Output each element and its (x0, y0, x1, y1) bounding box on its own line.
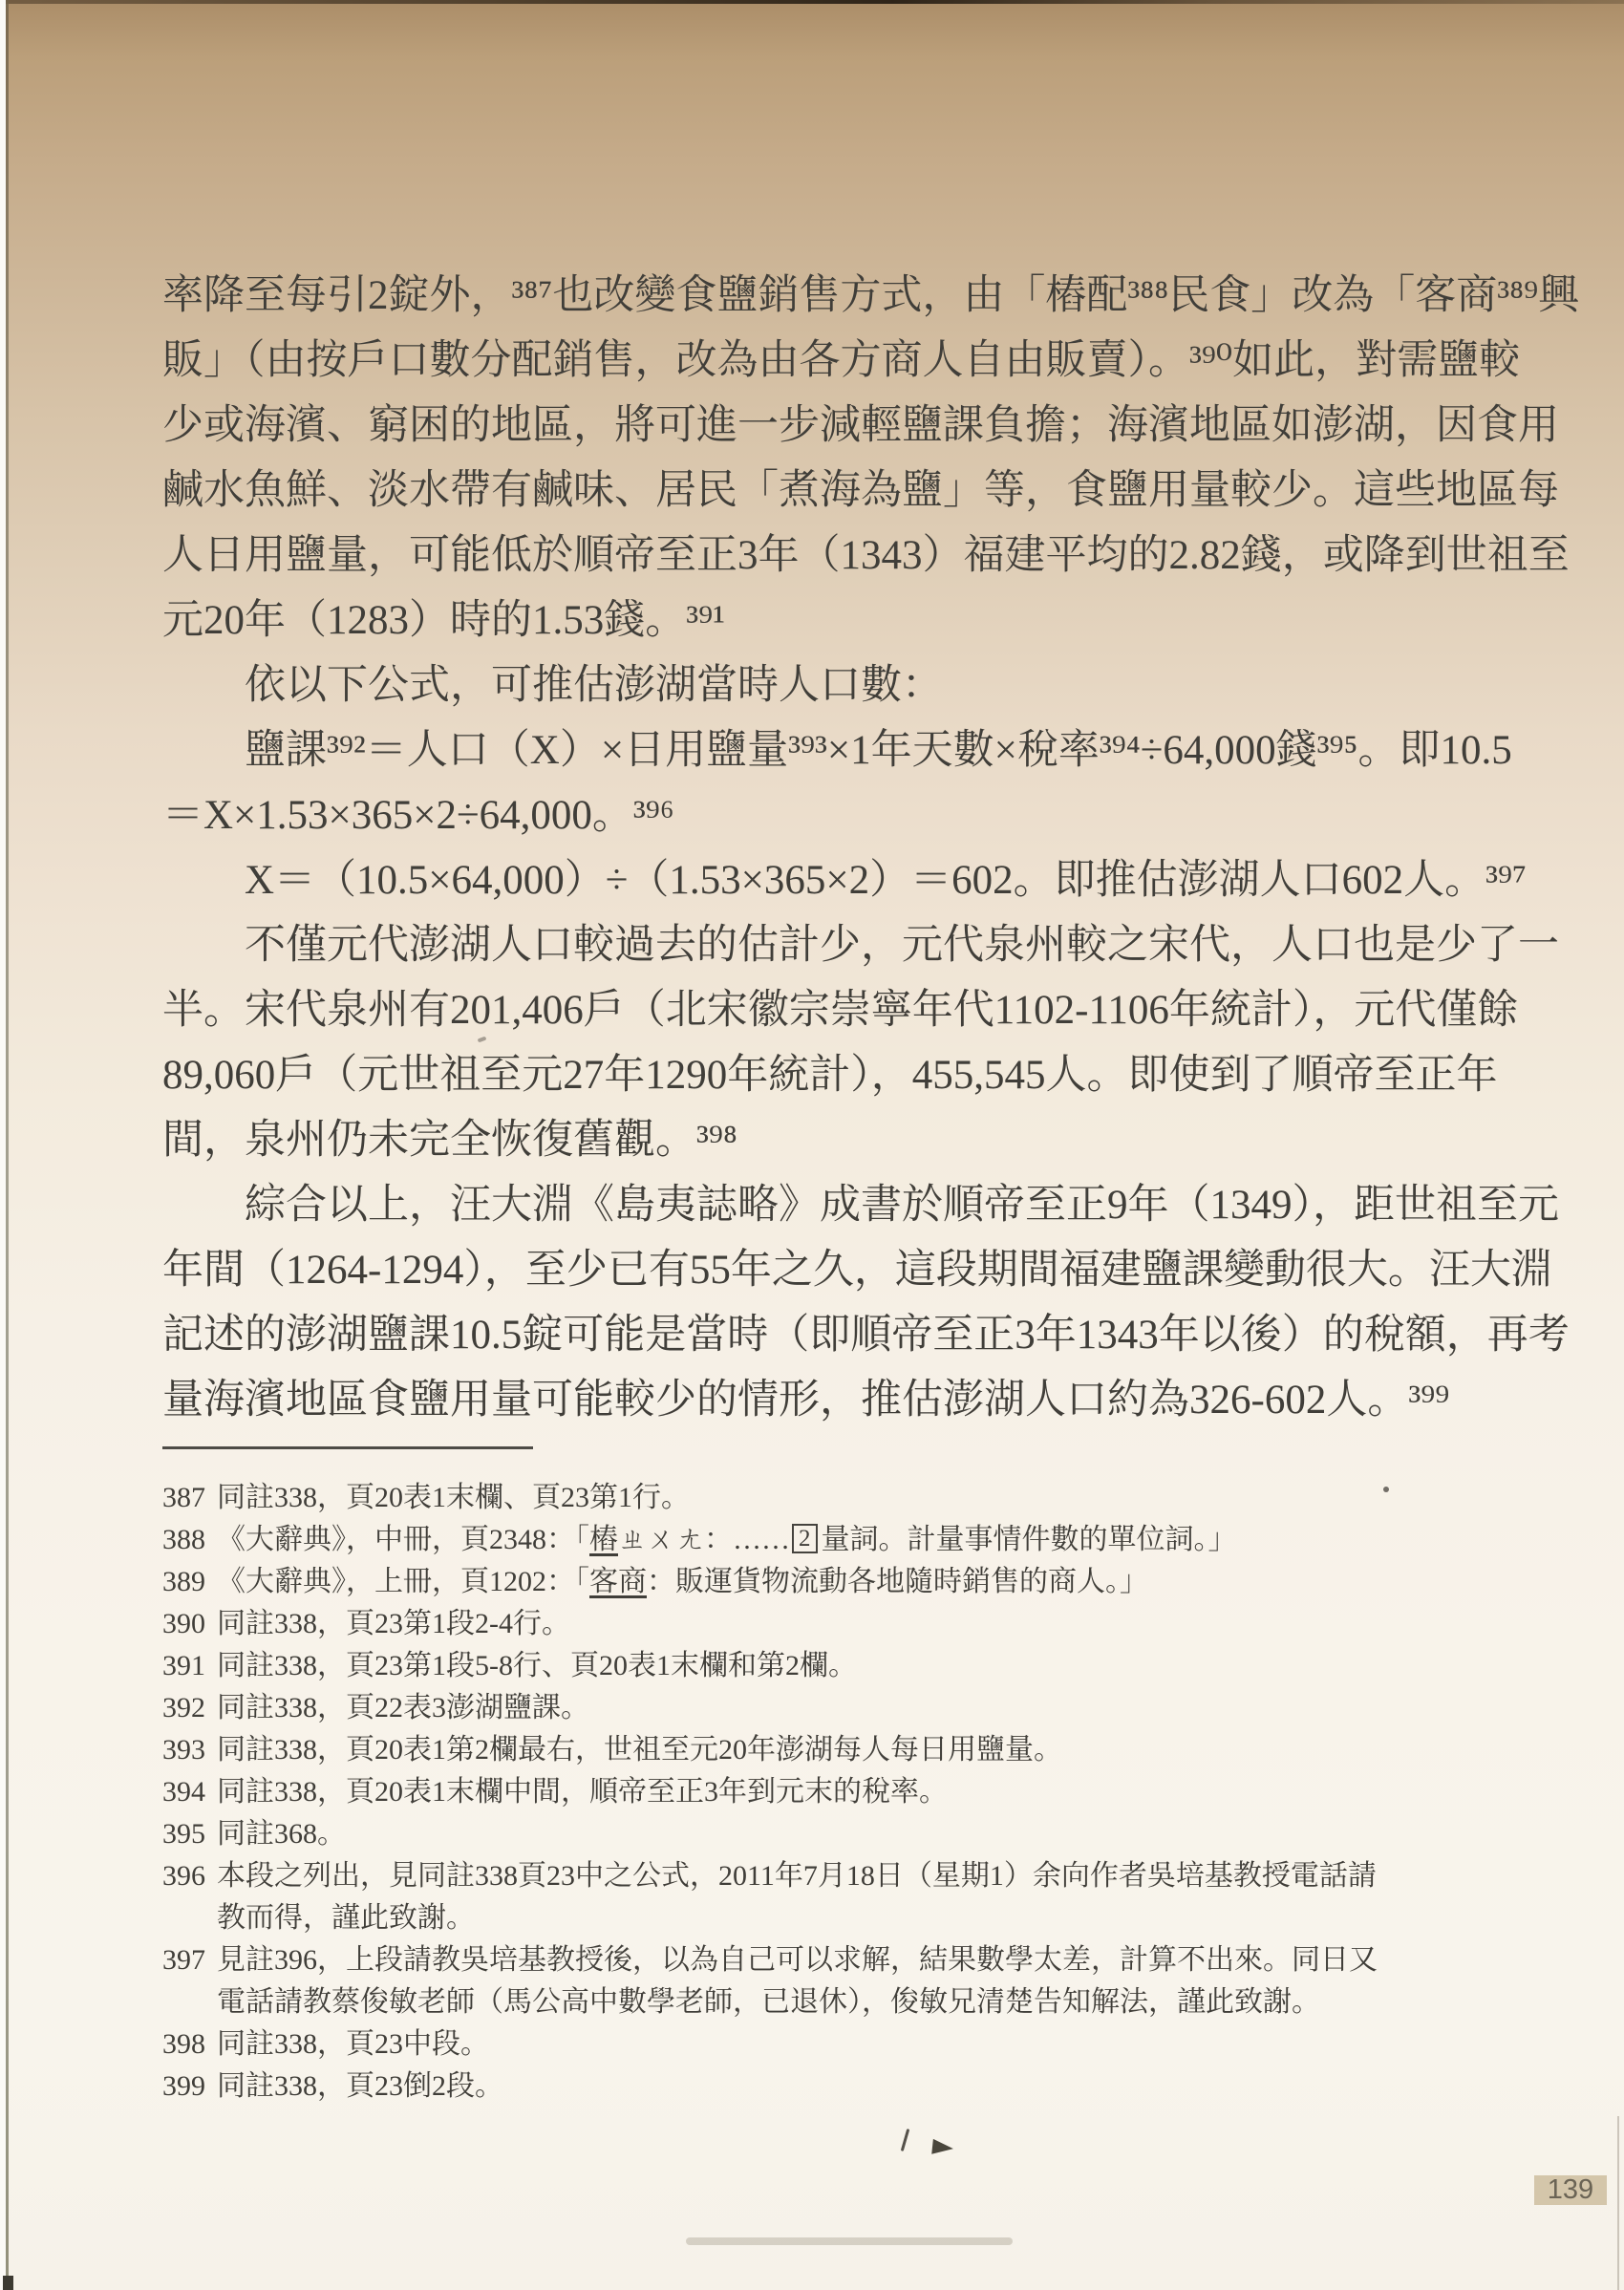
page-number: 139 (1548, 2174, 1593, 2206)
footnote-number: 391 (162, 1645, 217, 1687)
footnote-text: 電話請教蔡俊敏老師（馬公高中數學老師，已退休），俊敏兄清楚告知解法，謹此致謝。 (217, 1986, 1320, 2018)
text-line: 年間（1264-1294），至少已有55年之久，這段期間福建鹽課變動很大。汪大淵 (162, 1238, 1414, 1303)
footnote-number: 389 (162, 1561, 217, 1603)
footnote-398: 398同註338，頁23中段。 (162, 2023, 1519, 2065)
scan-smudge (686, 2237, 1013, 2245)
footnote-396: 396本段之列出，見同註338頁23中之公式，2011年7月18日（星期1）余向… (162, 1855, 1519, 1897)
footnote-text: 《大辭典》，上冊，頁1202：「 (217, 1566, 589, 1597)
scan-top-edge (0, 0, 1624, 4)
main-text-block: 率降至每引2錠外，³⁸⁷也改變食鹽銷售方式，由「樁配³⁸⁸民食」改為「客商³⁸⁹… (162, 264, 1414, 1433)
footnote-number: 395 (162, 1813, 217, 1855)
text-line: 綜合以上，汪大淵《島夷誌略》成書於順帝至正9年（1349），距世祖至元 (162, 1173, 1414, 1238)
footnote-text: 同註338，頁20表1末欄中間，順帝至正3年到元末的稅率。 (217, 1776, 948, 1808)
footnote-text: 教而得，謹此致謝。 (217, 1902, 475, 1934)
footnote-397: 397見註396，上段請教吳培基教授後，以為自己可以求解，結果數學太差，計算不出… (162, 1939, 1519, 1981)
footnote-text: 見註396，上段請教吳培基教授後，以為自己可以求解，結果數學太差，計算不出來。同… (217, 1944, 1378, 1976)
text-line: 量海濱地區食鹽用量可能較少的情形，推估澎湖人口約為326-602人。³⁹⁹ (162, 1368, 1414, 1433)
scan-ink-tick (901, 2129, 909, 2151)
footnote-388: 388《大辭典》，中冊，頁2348：「樁ㄓㄨㄤ：……2量詞。計量事情件數的單位詞… (162, 1519, 1519, 1561)
footnote-text: 同註338，頁23第1段5-8行、頁20表1末欄和第2欄。 (217, 1650, 857, 1681)
footnote-text: 同註338，頁23中段。 (217, 2028, 489, 2060)
footnote-393: 393同註338，頁20表1第2欄最右，世祖至元20年澎湖每人每日用鹽量。 (162, 1729, 1519, 1771)
text-line: 記述的澎湖鹽課10.5錠可能是當時（即順帝至正3年1343年以後）的稅額，再考 (162, 1303, 1414, 1368)
boxed-number: 2 (792, 1524, 818, 1553)
scan-left-edge-mark (3, 2276, 13, 2290)
page-number-badge: 139 (1534, 2175, 1607, 2205)
text-line: 依以下公式，可推估澎湖當時人口數： (162, 653, 1414, 718)
scanned-book-page: 率降至每引2錠外，³⁸⁷也改變食鹽銷售方式，由「樁配³⁸⁸民食」改為「客商³⁸⁹… (0, 0, 1624, 2290)
footnote-text: 同註368。 (217, 1818, 346, 1850)
footnote-396-cont: 教而得，謹此致謝。 (162, 1897, 1519, 1939)
text-line: 間，泉州仍未完全恢復舊觀。³⁹⁸ (162, 1108, 1414, 1173)
text-line: 不僅元代澎湖人口較過去的估計少，元代泉州較之宋代，人口也是少了一 (162, 913, 1414, 978)
footnote-395: 395同註368。 (162, 1813, 1519, 1855)
footnote-text: 同註338，頁20表1末欄、頁23第1行。 (217, 1482, 690, 1513)
footnote-text: ：販運貨物流動各地隨時銷售的商人。」 (647, 1566, 1148, 1597)
footnote-number: 399 (162, 2065, 217, 2108)
footnote-number: 393 (162, 1729, 217, 1771)
footnote-392: 392同註338，頁22表3澎湖鹽課。 (162, 1687, 1519, 1729)
footnote-text: 本段之列出，見同註338頁23中之公式，2011年7月18日（星期1）余向作者吳… (217, 1860, 1377, 1892)
footnote-399: 399同註338，頁23倒2段。 (162, 2065, 1519, 2108)
text-line: X＝（10.5×64,000）÷（1.53×365×2）＝602。即推估澎湖人口… (162, 848, 1414, 913)
footnote-text: 同註338，頁23第1段2-4行。 (217, 1608, 570, 1639)
footnote-397-cont: 電話請教蔡俊敏老師（馬公高中數學老師，已退休），俊敏兄清楚告知解法，謹此致謝。 (162, 1981, 1519, 2023)
text-line: ＝X×1.53×365×2÷64,000。³⁹⁶ (162, 783, 1414, 848)
footnote-separator (162, 1446, 533, 1449)
footnote-underlined-term: 樁 (589, 1524, 618, 1555)
text-line: 人日用鹽量，可能低於順帝至正3年（1343）福建平均的2.82錢，或降到世祖至 (162, 524, 1414, 589)
text-line: 率降至每引2錠外，³⁸⁷也改變食鹽銷售方式，由「樁配³⁸⁸民食」改為「客商³⁸⁹… (162, 264, 1414, 329)
text-line: 少或海濱、窮困的地區，將可進一步減輕鹽課負擔；海濱地區如澎湖，因食用 (162, 394, 1414, 459)
footnote-number: 390 (162, 1603, 217, 1645)
text-line: 鹹水魚鮮、淡水帶有鹹味、居民「煮海為鹽」等，食鹽用量較少。這些地區每 (162, 459, 1414, 524)
scan-right-edge-line (1617, 2116, 1619, 2290)
footnote-394: 394同註338，頁20表1末欄中間，順帝至正3年到元末的稅率。 (162, 1771, 1519, 1813)
scan-ink-blob (931, 2139, 954, 2156)
footnote-text: 《大辭典》，中冊，頁2348：「 (217, 1524, 589, 1555)
footnote-text: 同註338，頁20表1第2欄最右，世祖至元20年澎湖每人每日用鹽量。 (217, 1734, 1062, 1766)
footnote-389: 389《大辭典》，上冊，頁1202：「客商：販運貨物流動各地隨時銷售的商人。」 (162, 1561, 1519, 1603)
footnote-number: 387 (162, 1477, 217, 1519)
footnote-text: 同註338，頁23倒2段。 (217, 2070, 503, 2102)
footnote-390: 390同註338，頁23第1段2-4行。 (162, 1603, 1519, 1645)
footnote-number: 394 (162, 1771, 217, 1813)
scan-speck-dot (1383, 1487, 1389, 1492)
footnote-391: 391同註338，頁23第1段5-8行、頁20表1末欄和第2欄。 (162, 1645, 1519, 1687)
footnote-number: 398 (162, 2023, 217, 2065)
footnote-underlined-term: 客商 (589, 1566, 647, 1597)
footnote-number: 392 (162, 1687, 217, 1729)
text-line: 半。宋代泉州有201,406戶（北宋徽宗崇寧年代1102-1106年統計），元代… (162, 978, 1414, 1043)
footnote-387: 387同註338，頁20表1末欄、頁23第1行。 (162, 1477, 1519, 1519)
text-line: 販」（由按戶口數分配銷售，改為由各方商人自由販賣）。³⁹⁰如此，對需鹽較 (162, 329, 1414, 394)
footnote-number: 397 (162, 1939, 217, 1981)
footnote-text: ㄓㄨㄤ：…… (618, 1524, 790, 1555)
text-line: 元20年（1283）時的1.53錢。³⁹¹ (162, 589, 1414, 653)
footnote-text: 量詞。計量事情件數的單位詞。」 (822, 1524, 1237, 1555)
text-line: 鹽課³⁹²＝人口（X）×日用鹽量³⁹³×1年天數×稅率³⁹⁴÷64,000錢³⁹… (162, 718, 1414, 783)
footnote-number: 388 (162, 1519, 217, 1561)
scan-left-edge-line (6, 0, 9, 2290)
footnotes-block: 387同註338，頁20表1末欄、頁23第1行。388《大辭典》，中冊，頁234… (162, 1477, 1519, 2108)
text-line: 89,060戶（元世祖至元27年1290年統計），455,545人。即使到了順帝… (162, 1043, 1414, 1108)
footnote-number: 396 (162, 1855, 217, 1897)
footnote-text: 同註338，頁22表3澎湖鹽課。 (217, 1692, 589, 1723)
